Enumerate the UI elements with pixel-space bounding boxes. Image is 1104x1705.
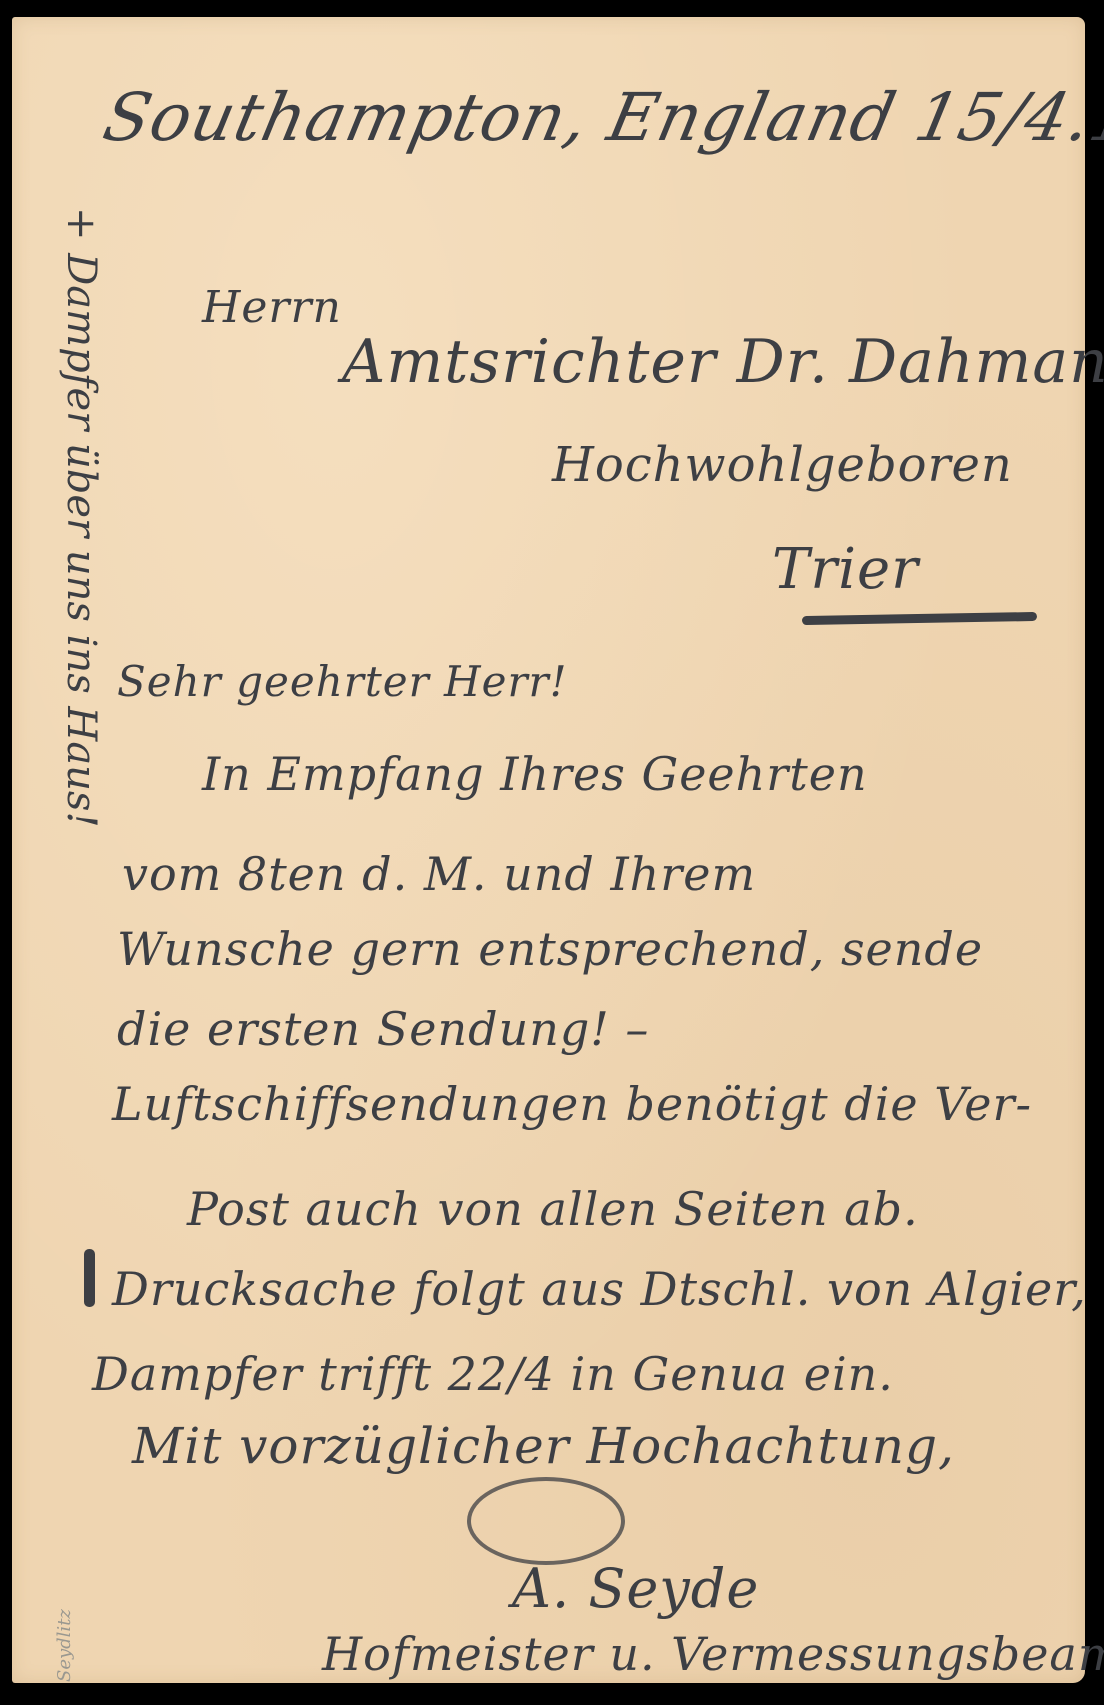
body-line: Post auch von allen Seiten ab. [187,1182,919,1236]
body-line: Wunsche gern entsprechend, sende [117,922,983,976]
address-city: Trier [772,537,919,602]
margin-note: + Dampfer über uns ins Haus! [58,207,104,828]
signature: A. Seyde [512,1557,759,1620]
address-honorific: Hochwohlgeboren [552,437,1013,493]
closing: Mit vorzüglicher Hochachtung, [132,1417,955,1475]
address-salutation: Herrn [202,282,342,333]
pencil-annotation: Seydlitz [54,1609,75,1682]
signer-role: Hofmeister u. Vermessungsbeamter [322,1627,1104,1681]
body-line: vom 8ten d. M. und Ihrem [122,847,756,901]
postcard: Southampton, England 15/4.12. Herrn Amts… [12,17,1085,1683]
place-date: Southampton, England 15/4.12. [97,79,1104,156]
margin-dash-mark [84,1249,95,1307]
city-underline [802,612,1037,625]
body-line: Luftschiffsendungen benötigt die Ver- [112,1077,1032,1131]
body-line: die ersten Sendung! – [117,1002,649,1056]
body-line: Drucksache folgt aus Dtschl. von Algier, [112,1262,1087,1316]
address-recipient: Amtsrichter Dr. Dahmann [342,327,1104,397]
body-line: In Empfang Ihres Geehrten [202,747,868,801]
greeting: Sehr geehrter Herr! [117,657,568,706]
signature-flourish-icon [467,1477,625,1565]
body-line: Dampfer trifft 22/4 in Genua ein. [92,1347,894,1401]
